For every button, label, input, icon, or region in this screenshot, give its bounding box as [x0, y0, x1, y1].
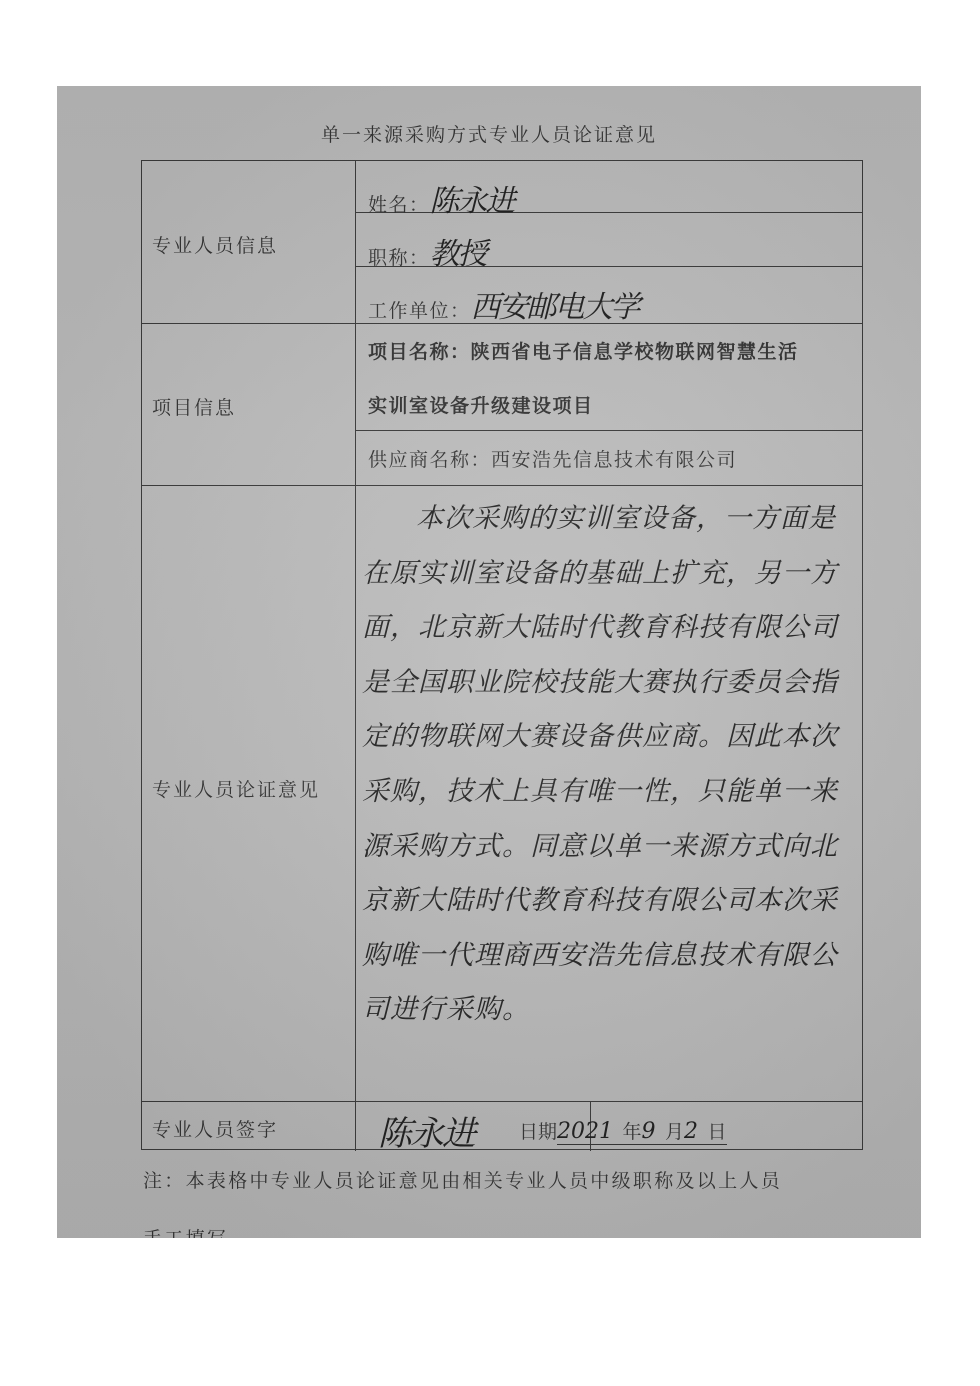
- title-field: 职称：教授: [368, 229, 486, 273]
- work-unit-label: 工作单位：: [368, 300, 471, 322]
- date-label: 日期: [519, 1121, 557, 1143]
- work-unit-field: 工作单位：西安邮电大学: [368, 282, 639, 326]
- project-info-label: 项目信息: [152, 393, 236, 420]
- footnote-line-1: 注：本表格中专业人员论证意见由相关专业人员中级职称及以上人员: [143, 1166, 782, 1193]
- date-month: 9: [642, 1119, 656, 1144]
- document-title: 单一来源采购方式专业人员论证意见: [57, 120, 921, 147]
- title-handwritten-value: 教授: [430, 237, 486, 272]
- title-label: 职称：: [368, 247, 430, 269]
- name-handwritten-value: 陈永进: [430, 184, 514, 219]
- supplier-value: 西安浩先信息技术有限公司: [491, 449, 737, 471]
- row-rule: [142, 485, 862, 486]
- personnel-info-label: 专业人员信息: [152, 231, 278, 258]
- signature-label: 专业人员签字: [152, 1115, 278, 1142]
- project-name-value-1: 陕西省电子信息学校物联网智慧生活: [471, 341, 799, 363]
- footnote-line-2: 手工填写: [143, 1224, 228, 1238]
- date-month-unit: 月: [665, 1121, 684, 1143]
- date-year: 2021: [557, 1119, 613, 1144]
- argument-opinion-table: 专业人员信息 姓名：陈永进 职称：教授 工作单位：西安邮电大学 项目信息 项目名…: [141, 160, 863, 1150]
- supplier-field: 供应商名称：西安浩先信息技术有限公司: [368, 445, 737, 472]
- column-divider: [355, 161, 356, 1101]
- row-rule: [355, 430, 862, 431]
- project-name-label: 项目名称：: [368, 341, 471, 363]
- scanned-document-photo: 单一来源采购方式专业人员论证意见 专业人员信息 姓名：陈永进 职称：教授 工作单…: [57, 86, 921, 1238]
- date-field: 日期2021 年9 月2 日: [519, 1117, 727, 1144]
- name-field: 姓名：陈永进: [368, 176, 514, 220]
- date-day-unit: 日: [708, 1121, 727, 1143]
- handwritten-opinion-text: 本次采购的实训室设备，一方面是在原实训室设备的基础上扩充，另一方面，北京新大陆时…: [362, 492, 854, 1038]
- supplier-label: 供应商名称：: [368, 449, 491, 471]
- opinion-label: 专业人员论证意见: [152, 775, 320, 802]
- project-name-line2: 实训室设备升级建设项目: [368, 391, 594, 418]
- column-divider-signature: [355, 1101, 356, 1151]
- name-label: 姓名：: [368, 194, 430, 216]
- row-rule: [142, 1101, 862, 1102]
- work-unit-handwritten-value: 西安邮电大学: [471, 290, 639, 325]
- date-day: 2: [684, 1119, 698, 1144]
- handwritten-signature: 陈永进: [378, 1106, 474, 1155]
- date-year-unit: 年: [623, 1121, 642, 1143]
- project-name-line1: 项目名称：陕西省电子信息学校物联网智慧生活: [368, 337, 799, 364]
